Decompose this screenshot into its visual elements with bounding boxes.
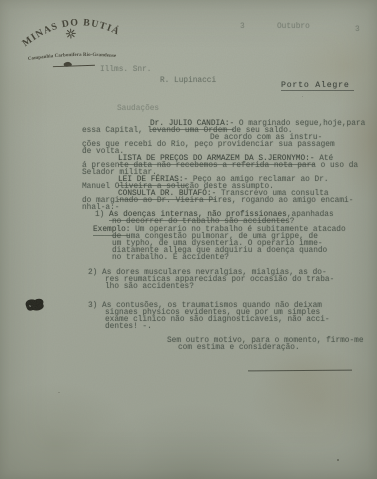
text-segment: no decorrer do trabalho são accidentes?: [112, 218, 294, 226]
typewritten-line: do marginado ao Dr. Vieira Pires, rogand…: [82, 198, 353, 205]
header-month: Outubro: [277, 24, 310, 31]
greeting: Saudações: [117, 106, 159, 113]
text-segment: do marginado ao Dr. Vieira Pires, rogand…: [82, 197, 353, 205]
recipient-honorific: Illms. Snr.: [100, 67, 151, 74]
recipient-city: Porto Alegre: [281, 82, 354, 91]
letterhead-stamp: MINAS DO BUTIÁ Companhia Carbonifera Rio…: [11, 5, 135, 75]
signature-line: [248, 370, 352, 372]
scanned-letter-page: MINAS DO BUTIÁ Companhia Carbonifera Rio…: [0, 0, 377, 479]
dust-speck: [58, 392, 60, 393]
stamp-subtitle: Companhia Carbonifera Rio-Grandense: [28, 51, 118, 62]
text-segment: dentes! -.: [105, 323, 152, 331]
typewritten-line: dentes! -.: [105, 324, 152, 331]
typewritten-line: lho são accidentes?: [105, 284, 194, 291]
typewritten-line: com estima e consideração.: [178, 345, 300, 352]
flourish-ornament: [53, 61, 95, 67]
text-segment: no trabalho. É accidente?: [112, 254, 229, 262]
text-segment: 1): [95, 211, 109, 219]
typewritten-line: no decorrer do trabalho são accidentes?: [112, 219, 294, 226]
dust-speck: [302, 96, 303, 97]
header-left-number: 3: [240, 24, 245, 31]
star-ornament: [66, 29, 75, 38]
text-segment: com estima e consideração.: [178, 344, 300, 352]
ink-blot: [23, 296, 47, 314]
dust-speck: [337, 459, 339, 461]
recipient-name: R. Lupinacci: [160, 78, 216, 85]
header-right-number: 3: [355, 27, 360, 34]
typewritten-line: no trabalho. É accidente?: [112, 255, 229, 262]
text-segment: lho são accidentes?: [105, 283, 194, 291]
